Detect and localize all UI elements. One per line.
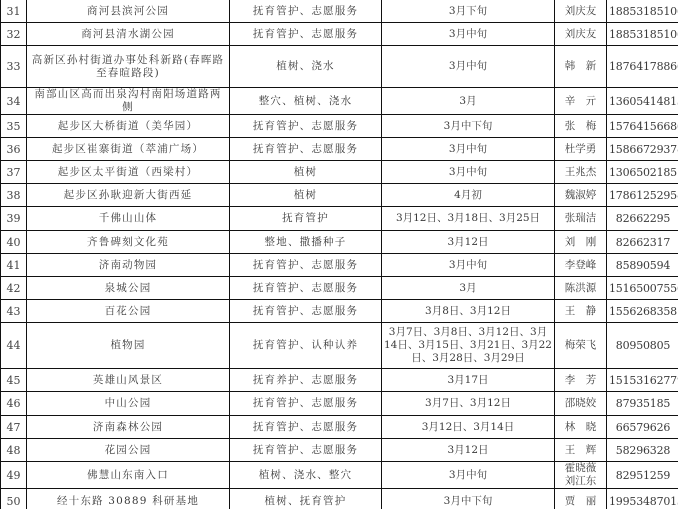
- row-number: 38: [1, 184, 27, 207]
- contact-cell: 张 梅: [555, 115, 607, 138]
- activity-cell: 抚育管护、志愿服务: [230, 23, 382, 46]
- phone-cell: 58296328: [607, 439, 678, 462]
- row-number: 31: [1, 0, 27, 23]
- contact-cell: 陈洪源: [555, 277, 607, 300]
- table-row: 32商河县清水湖公园抚育管护、志愿服务3月中旬刘庆友18853185106: [1, 23, 678, 46]
- contact-cell: 杜学勇: [555, 138, 607, 161]
- location-cell: 起步区太平街道（西梁村）: [27, 161, 230, 184]
- contact-cell: 刘 刚: [555, 231, 607, 254]
- activity-cell: 抚育管护、志愿服务: [230, 0, 382, 23]
- contact-cell: 林 晓: [555, 416, 607, 439]
- location-cell: 济南森林公园: [27, 416, 230, 439]
- contact-cell: 刘庆友: [555, 0, 607, 23]
- time-cell: 3月中下旬: [382, 115, 555, 138]
- table-row: 50经十东路 30889 科研基地植树、抚育管护3月中下旬贾 丽19953487…: [1, 489, 678, 509]
- contact-cell: 邵晓姣: [555, 392, 607, 416]
- table-row: 36起步区崔寨街道（萃浦广场）抚育管护、志愿服务3月中旬杜学勇158667293…: [1, 138, 678, 161]
- location-cell: 南部山区高而出泉沟村南阳场道路两侧: [27, 88, 230, 115]
- table-row: 40齐鲁碑刻文化苑整地、撒播种子3月12日刘 刚82662317: [1, 231, 678, 254]
- activity-cell: 植树: [230, 161, 382, 184]
- row-number: 44: [1, 323, 27, 369]
- phone-cell: 15866729378: [607, 138, 678, 161]
- table-row: 46中山公园抚育管护、志愿服务3月7日、3月12日邵晓姣87935185: [1, 392, 678, 416]
- time-cell: 3月7日、3月8日、3月12日、3月14日、3月15日、3月21日、3月22日、…: [382, 323, 555, 369]
- activity-cell: 抚育管护、认种认养: [230, 323, 382, 369]
- location-cell: 起步区崔寨街道（萃浦广场）: [27, 138, 230, 161]
- activity-cell: 抚育管护、志愿服务: [230, 416, 382, 439]
- location-cell: 中山公园: [27, 392, 230, 416]
- time-cell: 3月8日、3月12日: [382, 300, 555, 323]
- contact-cell: 刘庆友: [555, 23, 607, 46]
- table-row: 39千佛山山体抚育管护3月12日、3月18日、3月25日张瑞洁82662295: [1, 207, 678, 231]
- activity-cell: 植树、抚育管护: [230, 489, 382, 509]
- location-cell: 济南动物园: [27, 254, 230, 277]
- location-cell: 经十东路 30889 科研基地: [27, 489, 230, 509]
- phone-cell: 13605414813: [607, 88, 678, 115]
- phone-cell: 66579626: [607, 416, 678, 439]
- phone-cell: 82662317: [607, 231, 678, 254]
- row-number: 41: [1, 254, 27, 277]
- activity-cell: 抚育管护、志愿服务: [230, 300, 382, 323]
- location-cell: 商河县清水湖公园: [27, 23, 230, 46]
- contact-cell: 李 芳: [555, 369, 607, 392]
- activity-cell: 抚育管护、志愿服务: [230, 115, 382, 138]
- time-cell: 4月初: [382, 184, 555, 207]
- row-number: 37: [1, 161, 27, 184]
- row-number: 43: [1, 300, 27, 323]
- time-cell: 3月12日、3月18日、3月25日: [382, 207, 555, 231]
- contact-cell: 贾 丽: [555, 489, 607, 509]
- table-row: 33高新区孙村街道办事处科新路(春晖路至春暄路段)植树、浇水3月中旬韩 新187…: [1, 46, 678, 88]
- activity-cell: 抚育管护: [230, 207, 382, 231]
- time-cell: 3月中旬: [382, 254, 555, 277]
- phone-cell: 13065021851: [607, 161, 678, 184]
- phone-cell: 15165007556: [607, 277, 678, 300]
- phone-cell: 15153162779: [607, 369, 678, 392]
- phone-cell: 82951259: [607, 462, 678, 489]
- time-cell: 3月12日、3月14日: [382, 416, 555, 439]
- phone-cell: 17861252958: [607, 184, 678, 207]
- time-cell: 3月12日: [382, 231, 555, 254]
- phone-cell: 87935185: [607, 392, 678, 416]
- location-cell: 起步区大桥街道（美华园）: [27, 115, 230, 138]
- row-number: 39: [1, 207, 27, 231]
- activity-cell: 抚育管护、志愿服务: [230, 392, 382, 416]
- location-cell: 泉城公园: [27, 277, 230, 300]
- row-number: 47: [1, 416, 27, 439]
- phone-cell: 80950805: [607, 323, 678, 369]
- row-number: 46: [1, 392, 27, 416]
- contact-cell: 辛 亓: [555, 88, 607, 115]
- phone-cell: 15764156686: [607, 115, 678, 138]
- time-cell: 3月中下旬: [382, 489, 555, 509]
- row-number: 36: [1, 138, 27, 161]
- row-number: 34: [1, 88, 27, 115]
- activity-cell: 抚育管护、志愿服务: [230, 439, 382, 462]
- contact-cell: 李登峰: [555, 254, 607, 277]
- time-cell: 3月中旬: [382, 23, 555, 46]
- activity-cell: 植树、浇水: [230, 46, 382, 88]
- contact-cell: 梅荣飞: [555, 323, 607, 369]
- location-cell: 花园公园: [27, 439, 230, 462]
- phone-cell: 19953487013: [607, 489, 678, 509]
- time-cell: 3月中旬: [382, 462, 555, 489]
- time-cell: 3月: [382, 88, 555, 115]
- row-number: 35: [1, 115, 27, 138]
- location-cell: 齐鲁碑刻文化苑: [27, 231, 230, 254]
- phone-cell: 15562683581: [607, 300, 678, 323]
- table-row: 48花园公园抚育管护、志愿服务3月12日王 辉58296328: [1, 439, 678, 462]
- row-number: 48: [1, 439, 27, 462]
- time-cell: 3月: [382, 277, 555, 300]
- phone-cell: 85890594: [607, 254, 678, 277]
- location-cell: 高新区孙村街道办事处科新路(春晖路至春暄路段): [27, 46, 230, 88]
- table-row: 38起步区孙耿迎新大街西延植树4月初魏淑婷17861252958: [1, 184, 678, 207]
- activity-cell: 整地、撒播种子: [230, 231, 382, 254]
- contact-cell: 霍晓薇刘江东: [555, 462, 607, 489]
- row-number: 50: [1, 489, 27, 509]
- time-cell: 3月17日: [382, 369, 555, 392]
- row-number: 42: [1, 277, 27, 300]
- activity-cell: 植树: [230, 184, 382, 207]
- location-cell: 英雄山风景区: [27, 369, 230, 392]
- location-cell: 百花公园: [27, 300, 230, 323]
- time-cell: 3月中旬: [382, 46, 555, 88]
- phone-cell: 82662295: [607, 207, 678, 231]
- row-number: 40: [1, 231, 27, 254]
- location-cell: 植物园: [27, 323, 230, 369]
- phone-cell: 18853185106: [607, 0, 678, 23]
- contact-cell: 王 辉: [555, 439, 607, 462]
- row-number: 32: [1, 23, 27, 46]
- row-number: 33: [1, 46, 27, 88]
- table-row: 44植物园抚育管护、认种认养3月7日、3月8日、3月12日、3月14日、3月15…: [1, 323, 678, 369]
- phone-cell: 18853185106: [607, 23, 678, 46]
- contact-cell: 韩 新: [555, 46, 607, 88]
- activity-cell: 整穴、植树、浇水: [230, 88, 382, 115]
- activity-cell: 植树、浇水、整穴: [230, 462, 382, 489]
- activity-cell: 抚育养护、志愿服务: [230, 369, 382, 392]
- phone-cell: 18764178866: [607, 46, 678, 88]
- activity-cell: 抚育管护、志愿服务: [230, 277, 382, 300]
- table-row: 49佛慧山东南入口植树、浇水、整穴3月中旬霍晓薇刘江东82951259: [1, 462, 678, 489]
- contact-cell: 王兆杰: [555, 161, 607, 184]
- contact-cell: 王 静: [555, 300, 607, 323]
- activity-cell: 抚育管护、志愿服务: [230, 254, 382, 277]
- location-cell: 佛慧山东南入口: [27, 462, 230, 489]
- location-cell: 商河县滨河公园: [27, 0, 230, 23]
- contact-cell: 张瑞洁: [555, 207, 607, 231]
- time-cell: 3月12日: [382, 439, 555, 462]
- table-row: 34南部山区高而出泉沟村南阳场道路两侧整穴、植树、浇水3月辛 亓13605414…: [1, 88, 678, 115]
- activity-cell: 抚育管护、志愿服务: [230, 138, 382, 161]
- table-row: 35起步区大桥街道（美华园）抚育管护、志愿服务3月中下旬张 梅157641566…: [1, 115, 678, 138]
- table-row: 42泉城公园抚育管护、志愿服务3月陈洪源15165007556: [1, 277, 678, 300]
- time-cell: 3月中旬: [382, 138, 555, 161]
- table-row: 41济南动物园抚育管护、志愿服务3月中旬李登峰85890594: [1, 254, 678, 277]
- row-number: 45: [1, 369, 27, 392]
- time-cell: 3月下旬: [382, 0, 555, 23]
- table-row: 45英雄山风景区抚育养护、志愿服务3月17日李 芳15153162779: [1, 369, 678, 392]
- time-cell: 3月7日、3月12日: [382, 392, 555, 416]
- volunteer-planting-schedule-table: 31商河县滨河公园抚育管护、志愿服务3月下旬刘庆友1885318510632商河…: [0, 0, 678, 509]
- table-row: 47济南森林公园抚育管护、志愿服务3月12日、3月14日林 晓66579626: [1, 416, 678, 439]
- table-row: 43百花公园抚育管护、志愿服务3月8日、3月12日王 静15562683581: [1, 300, 678, 323]
- row-number: 49: [1, 462, 27, 489]
- location-cell: 起步区孙耿迎新大街西延: [27, 184, 230, 207]
- contact-cell: 魏淑婷: [555, 184, 607, 207]
- location-cell: 千佛山山体: [27, 207, 230, 231]
- table-row: 37起步区太平街道（西梁村）植树3月中旬王兆杰13065021851: [1, 161, 678, 184]
- table-row: 31商河县滨河公园抚育管护、志愿服务3月下旬刘庆友18853185106: [1, 0, 678, 23]
- time-cell: 3月中旬: [382, 161, 555, 184]
- table-body: 31商河县滨河公园抚育管护、志愿服务3月下旬刘庆友1885318510632商河…: [1, 0, 678, 509]
